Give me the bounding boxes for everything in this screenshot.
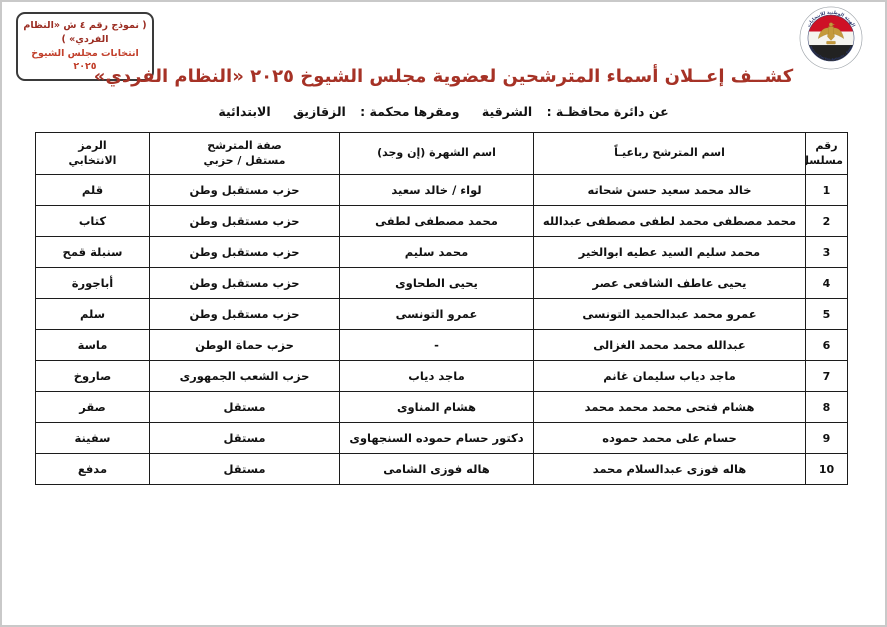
status-cell: حزب مستقبل وطن [150,175,340,206]
candidate-name-cell: محمد سليم السيد عطيه ابوالخير [534,237,806,268]
col-header-status-line2: مستقل / حزبي [154,154,335,168]
symbol-cell: سلم [36,299,150,330]
form-number-line: ( نموذج رقم ٤ ش «النظام الفردي» ) [22,19,148,47]
known-as-cell: - [340,330,534,361]
serial-cell: 8 [806,392,848,423]
serial-cell: 4 [806,268,848,299]
page-title: كشــف إعــلان أسماء المترشحين لعضوية مجل… [2,66,885,87]
table-row: 4 يحيى عاطف الشافعى عصر يحيى الطحاوى حزب… [36,268,848,299]
serial-cell: 2 [806,206,848,237]
table-row: 9 حسام على محمد حموده دكتور حسام حموده ا… [36,423,848,454]
serial-cell: 3 [806,237,848,268]
col-header-name-line1: اسم المترشح رباعيـاً [538,146,801,160]
known-as-cell: عمرو التونسى [340,299,534,330]
table-row: 6 عبدالله محمد محمد الغزالى - حزب حماة ا… [36,330,848,361]
status-cell: حزب الشعب الجمهورى [150,361,340,392]
symbol-cell: صقر [36,392,150,423]
symbol-cell: مدفع [36,454,150,485]
table-row: 7 ماجد دياب سليمان غانم ماجد دياب حزب ال… [36,361,848,392]
candidate-name-cell: حسام على محمد حموده [534,423,806,454]
candidate-name-cell: عبدالله محمد محمد الغزالى [534,330,806,361]
serial-cell: 10 [806,454,848,485]
candidates-tbody: 1 خالد محمد سعيد حسن شحاته لواء / خالد س… [36,175,848,485]
status-cell: حزب مستقبل وطن [150,206,340,237]
candidate-name-cell: هاله فوزى عبدالسلام محمد [534,454,806,485]
document-page: ( نموذج رقم ٤ ش «النظام الفردي» ) انتخاب… [0,0,887,627]
status-cell: حزب مستقبل وطن [150,268,340,299]
known-as-cell: هاله فوزى الشامى [340,454,534,485]
status-cell: مستقل [150,454,340,485]
serial-cell: 6 [806,330,848,361]
known-as-cell: محمد مصطفى لطفى [340,206,534,237]
symbol-cell: قلم [36,175,150,206]
court-label: ومقرها محكمة : [360,104,459,119]
candidate-name-cell: ماجد دياب سليمان غانم [534,361,806,392]
col-header-known-as-line1: اسم الشهرة (إن وجد) [344,146,529,160]
status-cell: حزب حماة الوطن [150,330,340,361]
table-row: 8 هشام فتحى محمد محمد محمد هشام المناوى … [36,392,848,423]
symbol-cell: أباجورة [36,268,150,299]
symbol-cell: كتاب [36,206,150,237]
serial-cell: 9 [806,423,848,454]
col-header-known-as: اسم الشهرة (إن وجد) [340,133,534,175]
col-header-status: صفة المترشح مستقل / حزبي [150,133,340,175]
national-election-authority-emblem-icon: الهيئة الوطنية للانتخابات National Elect… [799,6,863,70]
known-as-cell: لواء / خالد سعيد [340,175,534,206]
court-value: الزقازيق [293,104,346,119]
col-header-symbol-line2: الانتخابي [40,154,145,168]
col-header-serial-line1: رقم [810,139,843,153]
emblem-svg: الهيئة الوطنية للانتخابات National Elect… [799,6,863,70]
candidate-name-cell: محمد مصطفى محمد لطفى مصطفى عبدالله [534,206,806,237]
status-cell: حزب مستقبل وطن [150,299,340,330]
known-as-cell: يحيى الطحاوى [340,268,534,299]
serial-cell: 1 [806,175,848,206]
candidate-name-cell: يحيى عاطف الشافعى عصر [534,268,806,299]
candidates-table: رقم مسلسل اسم المترشح رباعيـاً اسم الشهر… [35,132,848,485]
symbol-cell: صاروخ [36,361,150,392]
court-branch-value: الابتدائية [218,104,270,119]
district-subtitle: عن دائرة محافظـة : الشرقية ومقرها محكمة … [2,104,885,119]
serial-cell: 7 [806,361,848,392]
serial-cell: 5 [806,299,848,330]
status-cell: مستقل [150,392,340,423]
col-header-name: اسم المترشح رباعيـاً [534,133,806,175]
status-cell: حزب مستقبل وطن [150,237,340,268]
candidate-name-cell: خالد محمد سعيد حسن شحاته [534,175,806,206]
symbol-cell: ماسة [36,330,150,361]
district-label: عن دائرة محافظـة : [547,104,669,119]
col-header-status-line1: صفة المترشح [154,139,335,153]
known-as-cell: هشام المناوى [340,392,534,423]
col-header-symbol-line1: الرمز [40,139,145,153]
known-as-cell: دكتور حسام حموده السنجهاوى [340,423,534,454]
table-row: 2 محمد مصطفى محمد لطفى مصطفى عبدالله محم… [36,206,848,237]
symbol-cell: سفينة [36,423,150,454]
known-as-cell: ماجد دياب [340,361,534,392]
candidate-name-cell: هشام فتحى محمد محمد محمد [534,392,806,423]
col-header-serial-line2: مسلسل [810,154,843,168]
symbol-cell: سنبلة قمح [36,237,150,268]
candidate-name-cell: عمرو محمد عبدالحميد التونسى [534,299,806,330]
table-row: 1 خالد محمد سعيد حسن شحاته لواء / خالد س… [36,175,848,206]
table-header: رقم مسلسل اسم المترشح رباعيـاً اسم الشهر… [36,133,848,175]
district-value: الشرقية [482,104,532,119]
candidates-table-wrap: رقم مسلسل اسم المترشح رباعيـاً اسم الشهر… [35,132,848,485]
table-row: 10 هاله فوزى عبدالسلام محمد هاله فوزى ال… [36,454,848,485]
col-header-serial: رقم مسلسل [806,133,848,175]
table-row: 3 محمد سليم السيد عطيه ابوالخير محمد سلي… [36,237,848,268]
known-as-cell: محمد سليم [340,237,534,268]
status-cell: مستقل [150,423,340,454]
col-header-symbol: الرمز الانتخابي [36,133,150,175]
table-row: 5 عمرو محمد عبدالحميد التونسى عمرو التون… [36,299,848,330]
